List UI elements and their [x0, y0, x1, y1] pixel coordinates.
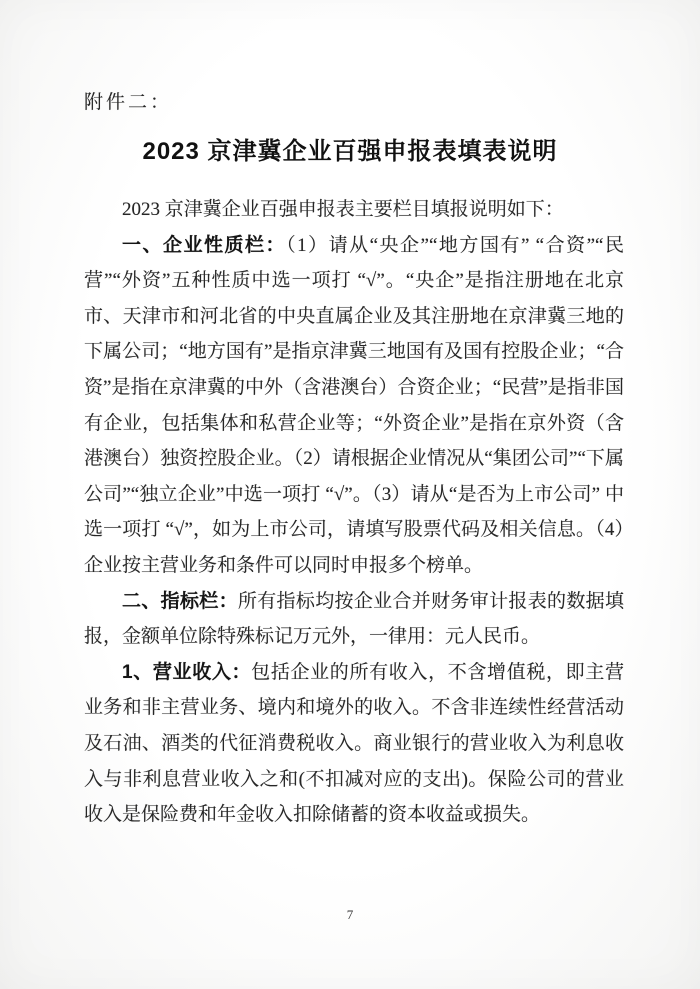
intro-paragraph: 2023 京津冀企业百强申报表主要栏目填报说明如下：: [84, 192, 624, 228]
section-paragraph-indicators: 二、指标栏：所有指标均按企业合并财务审计报表的数据填报，金额单位除特殊标记万元外…: [84, 584, 624, 655]
page-title: 2023 京津冀企业百强申报表填表说明: [0, 131, 700, 166]
section-paragraph-operating-revenue: 1、营业收入：包括企业的所有收入，不含增值税，即主营业务和非主营业务、境内和境外…: [84, 655, 624, 833]
section-lead-indicators: 二、指标栏：: [122, 591, 238, 612]
page-number: 7: [0, 907, 700, 923]
section-lead-enterprise-nature: 一、企业性质栏：: [122, 235, 286, 256]
section-lead-operating-revenue: 1、营业收入：: [122, 662, 251, 683]
document-body: 2023 京津冀企业百强申报表主要栏目填报说明如下： 一、企业性质栏：（1）请从…: [84, 192, 624, 833]
attachment-label: 附件二：: [84, 87, 172, 114]
section-text-enterprise-nature: （1）请从“央企”“地方国有” “合资”“民营”“外资”五种性质中选一项打 “√…: [84, 235, 624, 576]
section-text-operating-revenue: 包括企业的所有收入，不含增值税，即主营业务和非主营业务、境内和境外的收入。不含非…: [84, 662, 624, 825]
section-paragraph-enterprise-nature: 一、企业性质栏：（1）请从“央企”“地方国有” “合资”“民营”“外资”五种性质…: [84, 228, 624, 584]
document-page: 附件二： 2023 京津冀企业百强申报表填表说明 2023 京津冀企业百强申报表…: [0, 0, 700, 989]
